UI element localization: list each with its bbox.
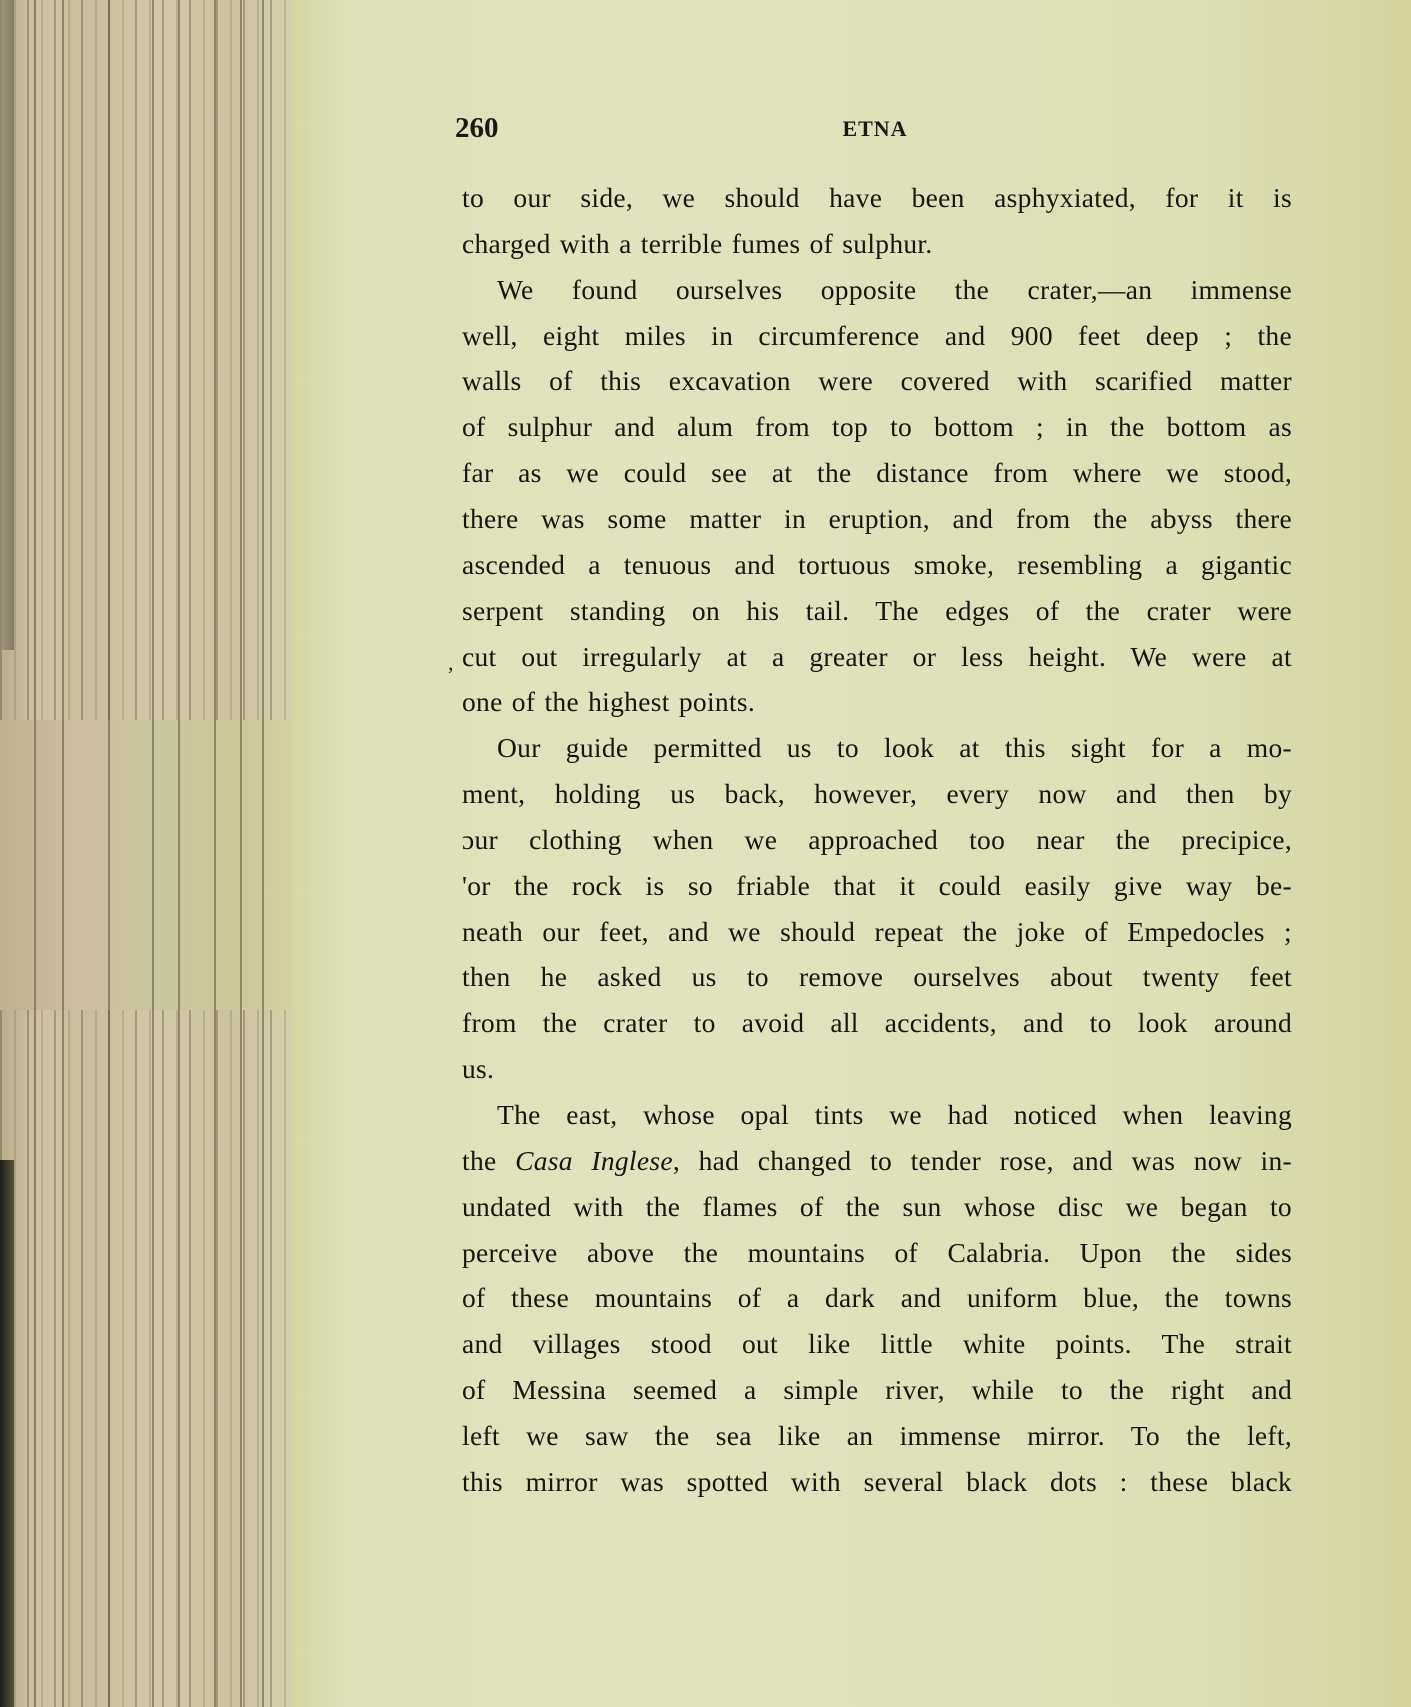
text-line: We found ourselves opposite the crater,—… [497,270,1292,310]
page-edge-line [34,0,36,1707]
text-line: cut out irregularly at a greater or less… [462,637,1292,677]
running-title: ETNA [455,116,1295,142]
text-line: from the crater to avoid all accidents, … [462,1003,1292,1043]
page-edges-stack [0,0,295,1707]
text-line: neath our feet, and we should repeat the… [462,912,1292,952]
text-line: this mirror was spotted with several bla… [462,1462,1292,1502]
text-line: ascended a tenuous and tortuous smoke, r… [462,545,1292,585]
text-line: The east, whose opal tints we had notice… [497,1095,1292,1135]
page-edge-line [108,0,110,1707]
page-edge-line [214,0,216,1707]
page-edge-line [262,0,264,1707]
page-edge-line [240,0,242,1707]
text-line: well, eight miles in circumference and 9… [462,316,1292,356]
text-line: one of the highest points. [462,682,1292,722]
text-line: Our guide permitted us to look at this s… [497,728,1292,768]
text-line: us. [462,1049,1292,1089]
page-edge-shadow-bottom [0,1160,14,1707]
marginal-mark: , [448,650,454,676]
text-line: far as we could see at the distance from… [462,453,1292,493]
text-line: perceive above the mountains of Calabria… [462,1233,1292,1273]
text-line: of sulphur and alum from top to bottom ;… [462,407,1292,447]
text-line: walls of this excavation were covered wi… [462,361,1292,401]
page-edge-line [62,0,64,1707]
text-line: of Messina seemed a simple river, while … [462,1370,1292,1410]
text-line: to our side, we should have been asphyxi… [462,178,1292,218]
page-edge-line [152,0,154,1707]
text-line: charged with a terrible fumes of sulphur… [462,224,1292,264]
text-run: , had changed to tender rose, and was no… [673,1145,1292,1176]
italic-place-name: Casa Inglese [515,1145,673,1176]
text-line: ment, holding us back, however, every no… [462,774,1292,814]
page-edge-line [178,0,180,1707]
page-edge-blur-band [0,720,295,1010]
text-line: the Casa Inglese, had changed to tender … [462,1141,1292,1181]
text-run: the [462,1145,515,1176]
text-line: there was some matter in eruption, and f… [462,499,1292,539]
text-line: then he asked us to remove ourselves abo… [462,957,1292,997]
page-edge-shadow-top [0,0,14,650]
text-line: and villages stood out like little white… [462,1324,1292,1364]
text-line: ɔur clothing when we approached too near… [462,820,1292,860]
text-line: undated with the flames of the sun whose… [462,1187,1292,1227]
text-line: of these mountains of a dark and uniform… [462,1278,1292,1318]
text-line: 'or the rock is so friable that it could… [462,866,1292,906]
text-line: left we saw the sea like an immense mirr… [462,1416,1292,1456]
text-line: serpent standing on his tail. The edges … [462,591,1292,631]
running-head: 260 ETNA [455,112,1290,152]
